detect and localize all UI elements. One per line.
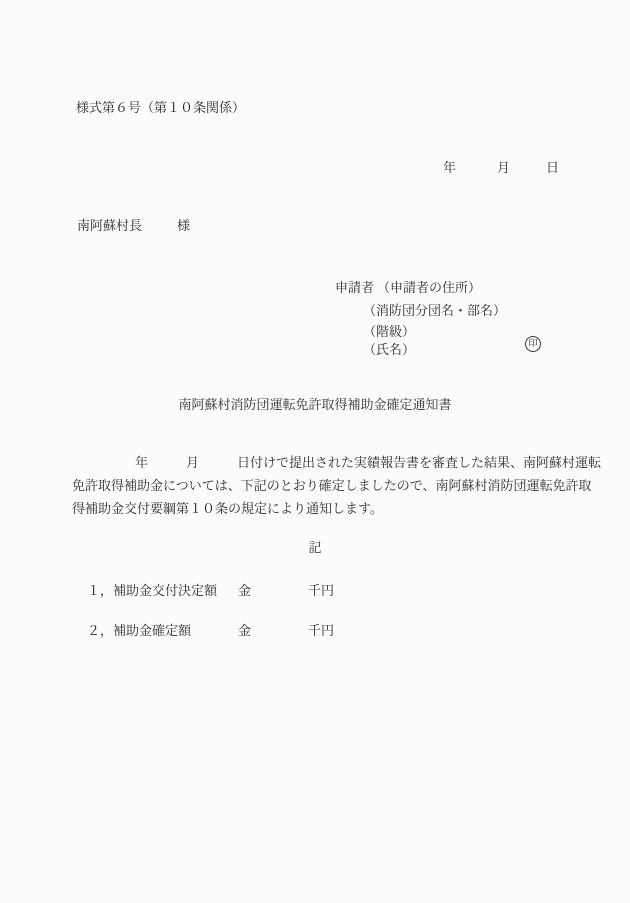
- date-line: 年 月 日: [0, 157, 630, 175]
- body-line-1: 年月日付けで提出された実績報告書を審査した結果、南阿蘇村運転: [72, 452, 617, 475]
- form-number: 様式第６号（第１０条関係）: [76, 97, 245, 116]
- applicant-address-note: （申請者の住所）: [377, 281, 481, 296]
- item-2-amount-prefix: 金: [238, 620, 251, 639]
- date-year-label: 年: [443, 157, 456, 176]
- date-day-label: 日: [546, 157, 559, 176]
- item-2-number: ２，: [87, 624, 113, 639]
- notification-body: 年月日付けで提出された実績報告書を審査した結果、南阿蘇村運転 免許取得補助金につ…: [72, 452, 617, 521]
- item-1-amount-prefix: 金: [238, 580, 251, 599]
- addressee-name: 南阿蘇村長: [77, 215, 142, 234]
- item-2-text: ２，補助金確定額: [87, 620, 191, 639]
- record-marker: 記: [0, 537, 630, 556]
- applicant-line-address: 申請者（申請者の住所）: [335, 277, 481, 296]
- body-line-2: 免許取得補助金については、下記のとおり確定しましたので、南阿蘇村消防団運転免許取: [72, 475, 617, 498]
- seal-mark-icon: 印: [525, 336, 541, 352]
- date-month-label: 月: [497, 157, 510, 176]
- applicant-rank-note: （階級）: [363, 321, 415, 340]
- body-line1-text: 日付けで提出された実績報告書を審査した結果、南阿蘇村運転: [237, 456, 601, 471]
- item-1-text: １，補助金交付決定額: [87, 580, 217, 599]
- item-2-amount-unit: 千円: [308, 620, 334, 639]
- item-2-label: 補助金確定額: [113, 624, 191, 639]
- addressee-line: 南阿蘇村長 様: [0, 215, 630, 233]
- applicant-brigade-note: （消防団分団名・部名）: [363, 300, 506, 319]
- subsidy-item-row: ２，補助金確定額 金 千円: [0, 620, 630, 638]
- item-1-label: 補助金交付決定額: [113, 584, 217, 599]
- addressee-honorific: 様: [177, 215, 190, 234]
- applicant-label: 申請者: [335, 281, 374, 296]
- subsidy-item-row: １，補助金交付決定額 金 千円: [0, 580, 630, 598]
- applicant-name-note: （氏名）: [363, 339, 415, 358]
- body-month-label: 月: [186, 456, 199, 471]
- document-title: 南阿蘇村消防団運転免許取得補助金確定通知書: [0, 394, 630, 413]
- body-line-3: 得補助金交付要綱第１０条の規定により通知します。: [72, 498, 617, 521]
- body-year-label: 年: [135, 456, 148, 471]
- document-page: 様式第６号（第１０条関係） 年 月 日 南阿蘇村長 様 申請者（申請者の住所） …: [0, 0, 630, 903]
- item-1-number: １，: [87, 584, 113, 599]
- item-1-amount-unit: 千円: [308, 580, 334, 599]
